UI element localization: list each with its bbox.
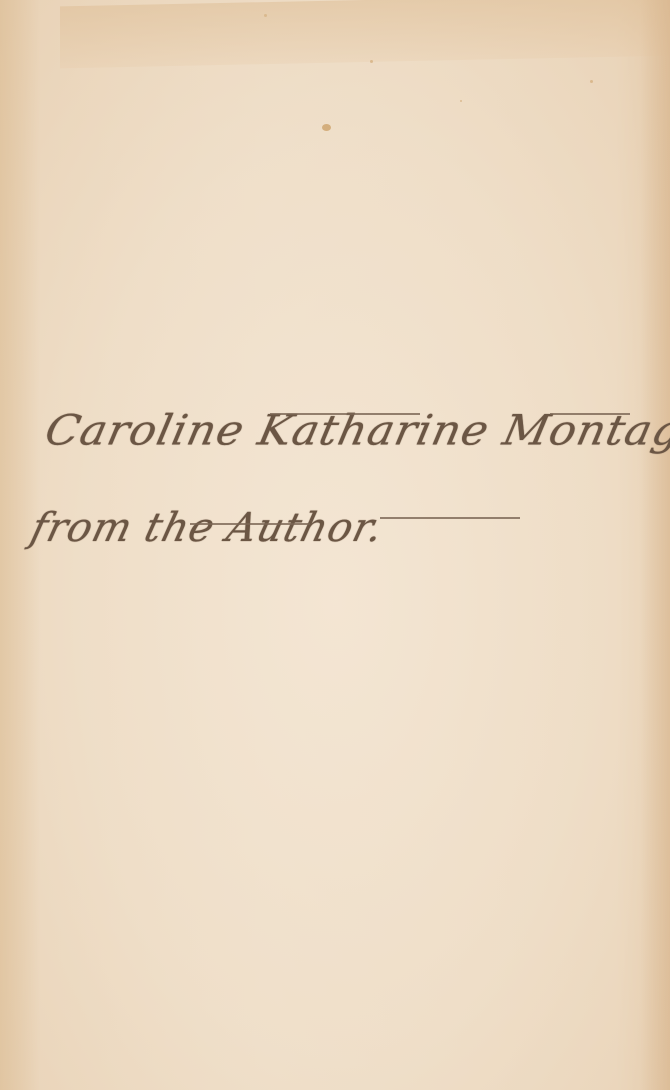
foxing-spot — [370, 60, 373, 63]
inscription-dedication-line: from the Author. — [26, 505, 388, 551]
flourish-stroke — [550, 413, 630, 415]
flourish-stroke — [190, 523, 310, 525]
page-edge-right — [640, 0, 670, 1090]
flourish-stroke — [270, 413, 420, 415]
flyleaf-page: Caroline Katharine Montagu from the Auth… — [0, 0, 670, 1090]
paper-stain-band — [60, 0, 670, 68]
foxing-spot — [264, 14, 267, 17]
foxing-spot — [590, 80, 593, 83]
foxing-spot — [460, 100, 462, 102]
flourish-stroke — [380, 517, 520, 519]
foxing-spot — [322, 124, 331, 131]
